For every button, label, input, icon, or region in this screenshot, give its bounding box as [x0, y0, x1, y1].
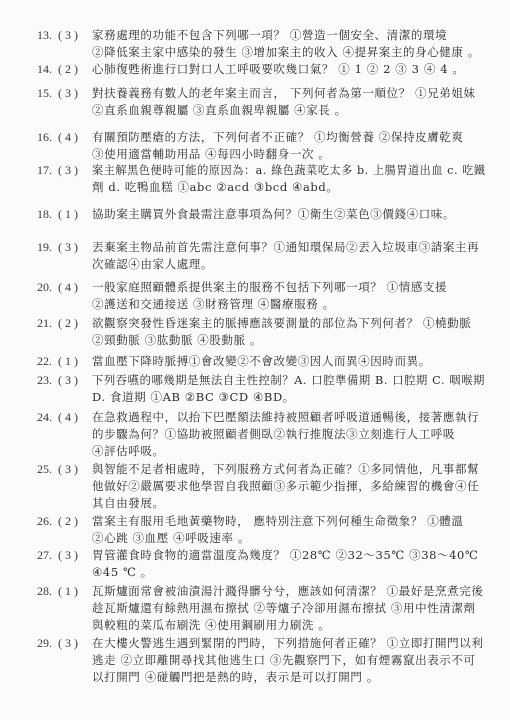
question-number: 25. — [37, 462, 52, 476]
question-text-continuation: ②直系血親尊親屬 ③直系血親卑親屬 ④家長 。 — [92, 103, 347, 117]
question-text-continuation: ②頸動脈 ③肱動脈 ④股動脈 。 — [92, 333, 262, 347]
exam-page: 13.( 3 )家務處理的功能不包含下列哪一項？ ①營造一個安全、清潔的環境②降… — [0, 0, 510, 720]
question-number: 16. — [37, 130, 52, 144]
question-text-continuation: 與較粗的菜瓜布刷洗 ④使用鋼刷用力刷洗 。 — [92, 618, 330, 632]
question-answer: ( 4 ) — [58, 280, 78, 294]
question-number: 27. — [37, 548, 52, 562]
question-answer: ( 1 ) — [58, 354, 78, 368]
question-text: 與智能不足者相處時，下列服務方式何者為正確？①多同情他，凡事都幫 — [92, 462, 479, 476]
question-text: 欲觀察突發性昏迷案主的脈搏應該要測量的部位為下列何者？ ①橈動脈 — [92, 316, 471, 330]
question-number: 20. — [37, 280, 52, 294]
question-answer: ( 2 ) — [58, 514, 78, 528]
question-answer: ( 3 ) — [58, 636, 78, 650]
question-text: 心肺復甦術進行口對口人工呼吸要吹幾口氣？ ① 1 ② 2 ③ 3 ④ 4 。 — [92, 62, 464, 76]
question-text: 協助案主購買外食最需注意事項為何？①衛生②菜色③價錢④口味。 — [92, 207, 455, 221]
question-answer: ( 3 ) — [58, 548, 78, 562]
question-text-continuation: ②降低案主家中感染的發生 ③增加案主的收入 ④提昇案主的身心健康 。 — [92, 45, 480, 59]
question-number: 23. — [37, 373, 52, 387]
question-answer: ( 2 ) — [58, 316, 78, 330]
question-text: 胃管灌食時食物的適當溫度為幾度？ ①28℃ ②32～35℃ ③38～40℃ — [92, 548, 478, 562]
question-text: 有關預防壓瘡的方法，下列何者不正確？ ①均衡營養 ②保持皮膚乾爽 — [92, 130, 464, 144]
question-number: 19. — [37, 240, 52, 254]
question-text: 在急救過程中，以抬下巴壓額法維持被照顧者呼吸道通暢後，接著應執行 — [92, 410, 479, 424]
question-answer: ( 3 ) — [58, 373, 78, 387]
question-text-continuation: 他做好②嚴厲要求他學習自我照顧③多示範少指揮，多給練習的機會④任 — [92, 479, 479, 493]
question-text-continuation: ④45 ℃ 。 — [92, 565, 153, 579]
question-number: 24. — [37, 410, 52, 424]
question-text-continuation: 以打開門 ④碰觸門把是熱的時，表示是可以打開門 。 — [92, 670, 379, 684]
question-number: 15. — [37, 86, 52, 100]
question-text: 一般家庭照顧體系提供案主的服務不包括下列哪一項？ ①情感支援 — [92, 280, 447, 294]
question-text-continuation: 趁瓦斯爐還有餘熱用濕布擦拭 ②等爐子冷卻用濕布擦拭 ③用中性清潔劑 — [92, 601, 476, 615]
question-text-continuation: 其自由發展。 — [92, 496, 165, 510]
question-text: 下列吞嚥的哪幾期是無法自主性控制？A. 口腔準備期 B. 口腔期 C. 咽喉期 — [92, 373, 485, 387]
question-answer: ( 1 ) — [58, 584, 78, 598]
question-answer: ( 1 ) — [58, 207, 78, 221]
question-text: 在大樓火警逃生遇到緊閉的門時，下列措施何者正確？ ①立即打開門以利 — [92, 636, 483, 650]
question-text: 瓦斯爐面常會被油漬湯汁濺得髒兮兮，應該如何清潔？ ①最好是烹煮完後 — [92, 584, 483, 598]
question-answer: ( 3 ) — [58, 240, 78, 254]
question-answer: ( 3 ) — [58, 28, 78, 42]
question-text-continuation: D. 食道期 ①AB ②BC ③CD ④BD。 — [92, 390, 295, 404]
question-text: 案主解黑色便時可能的原因為：a. 綠色蔬菜吃太多 b. 上腸胃道出血 c. 吃鐵 — [92, 163, 486, 177]
question-number: 22. — [37, 354, 52, 368]
question-number: 17. — [37, 163, 52, 177]
question-text: 對扶養義務有數人的老年案主而言， 下列何者為第一順位？ ①兄弟姐妹 — [92, 86, 476, 100]
question-answer: ( 2 ) — [58, 62, 78, 76]
question-text: 丟棄案主物品前首先需注意何事？①通知環保局②丟入垃圾車③請案主再 — [92, 240, 479, 254]
question-text-continuation: ②心跳 ③血壓 ④呼吸速率 。 — [92, 531, 250, 545]
question-text-continuation: ③使用適當輔助用品 ④每四小時翻身一次 。 — [92, 147, 330, 161]
question-answer: ( 3 ) — [58, 163, 78, 177]
question-answer: ( 3 ) — [58, 86, 78, 100]
question-text-continuation: 逃走 ②立即離開尋找其他逃生口 ③先觀察門下，如有煙霧竄出表示不可 — [92, 653, 476, 667]
question-number: 14. — [37, 62, 52, 76]
question-text-continuation: 次確認④由家人處理。 — [92, 257, 213, 271]
question-number: 13. — [37, 28, 52, 42]
question-number: 28. — [37, 584, 52, 598]
question-answer: ( 3 ) — [58, 462, 78, 476]
question-text-continuation: 的步驟為何？①協助被照顧者側臥②執行推腹法③立刻進行人工呼吸 — [92, 427, 455, 441]
question-number: 29. — [37, 636, 52, 650]
question-text: 當血壓下降時脈搏①會改變②不會改變③因人而異④因時而異。 — [92, 354, 431, 368]
question-text: 當案主有服用毛地黃藥物時， 應特別注意下列何種生命徵象？ ①體溫 — [92, 514, 464, 528]
question-text-continuation: 劑 d. 吃鴨血糕 ①abc ②acd ③bcd ④abd。 — [92, 180, 338, 194]
question-answer: ( 4 ) — [58, 410, 78, 424]
question-text: 家務處理的功能不包含下列哪一項？ ①營造一個安全、清潔的環境 — [92, 28, 447, 42]
question-number: 18. — [37, 207, 52, 221]
question-text-continuation: ②護送和交通接送 ③財務管理 ④醫療服務 。 — [92, 297, 335, 311]
question-number: 26. — [37, 514, 52, 528]
question-number: 21. — [37, 316, 52, 330]
question-text-continuation: ④評估呼吸。 — [92, 444, 165, 458]
question-answer: ( 4 ) — [58, 130, 78, 144]
